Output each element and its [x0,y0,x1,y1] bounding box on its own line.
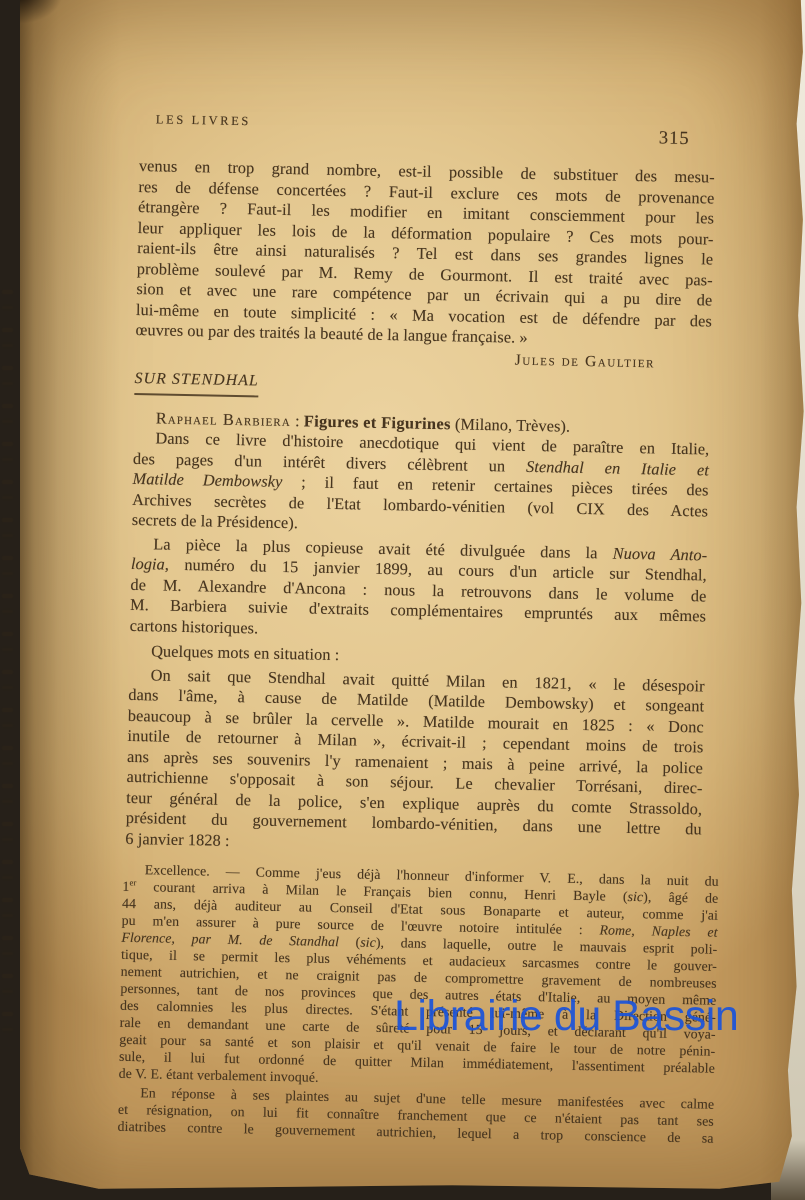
paragraph: venus en trop grand nombre, est-il possi… [135,156,715,352]
running-title: LES LIVRES [140,112,251,129]
section-heading: SUR STENDHAL [134,369,710,406]
paragraph: La pièce la plus copieuse avait été divu… [129,533,707,647]
paragraph: Excellence. — Comme j'eus déjà l'honneur… [119,861,719,1094]
page-header: LES LIVRES 315 [139,112,715,151]
paragraph: Dans ce livre d'histoire anecdotique qui… [132,428,710,542]
gutter-crease-shadow [20,0,130,1190]
paragraph: On sait que Stendhal avait quitté Milan … [125,664,705,860]
book-page-photo: LES LIVRES 315 venus en trop grand nombr… [0,0,805,1200]
watermark: Librairie du Bassin [394,992,738,1041]
text-line: SUR STENDHAL [134,369,259,397]
page-number: 315 [659,128,690,150]
paragraph: En réponse à ses plaintes au sujet d'une… [117,1084,714,1147]
